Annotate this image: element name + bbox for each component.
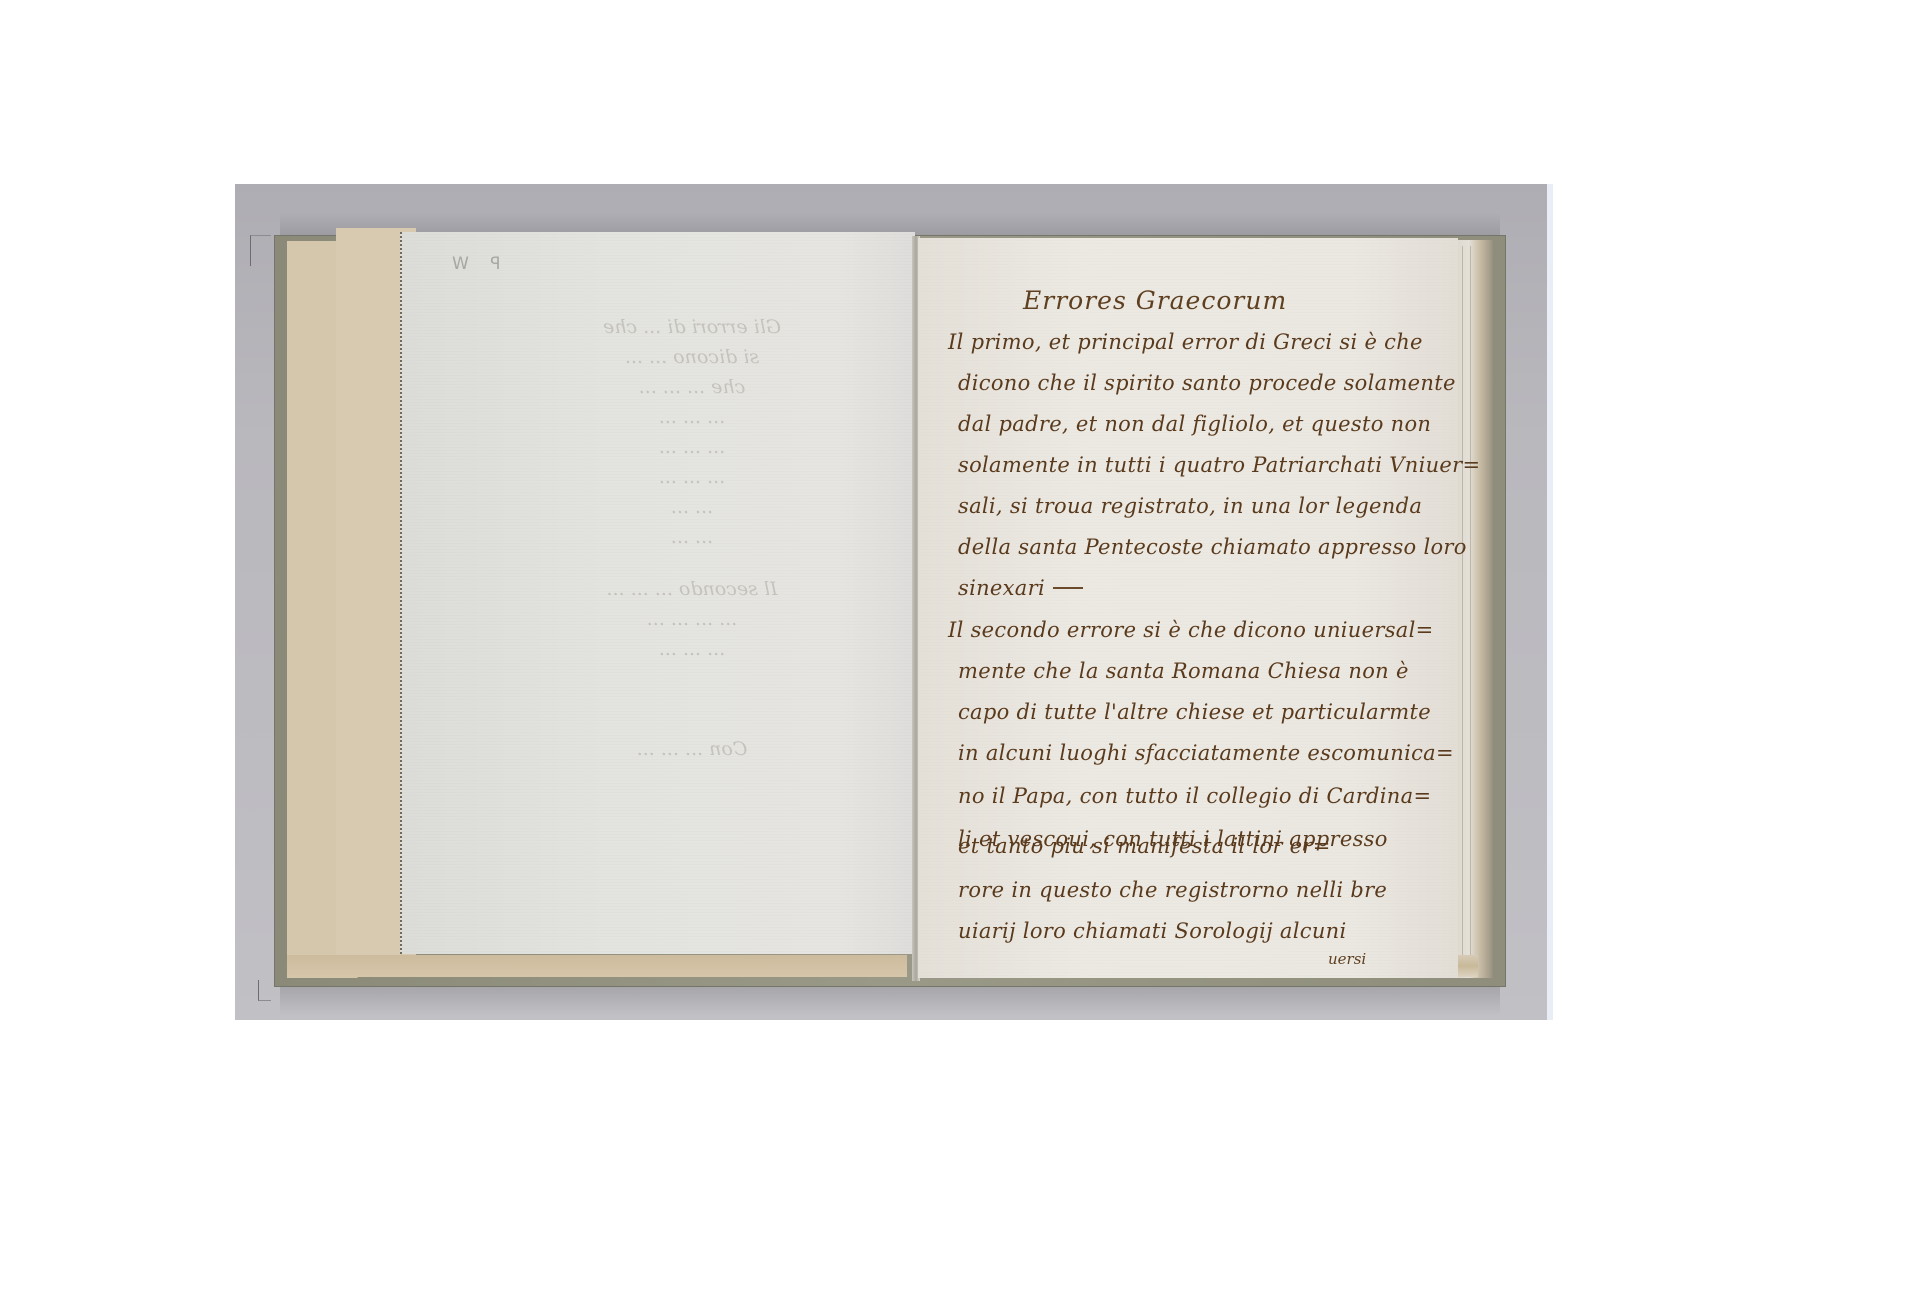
manuscript-line: et tanto piu si manifesta il lor er= bbox=[958, 834, 1331, 858]
backdrop-edge bbox=[1547, 184, 1553, 1020]
manuscript-line: sinexari bbox=[958, 576, 1083, 600]
endsheet-bottom-edge bbox=[287, 955, 907, 977]
catchword: uersi bbox=[1328, 950, 1366, 968]
bleed-line: ... ... ... bbox=[482, 432, 902, 462]
left-page: P W Gli errori di ... che si dicono ... … bbox=[400, 232, 915, 954]
right-page: Errores Graecorum Il primo, et principal… bbox=[918, 238, 1458, 978]
flourish-mark bbox=[1053, 587, 1083, 589]
bleed-line: ... ... bbox=[482, 522, 902, 552]
manuscript-text: Errores Graecorum Il primo, et principal… bbox=[918, 238, 1458, 978]
bleed-line: che ... ... ... bbox=[482, 372, 902, 402]
manuscript-line: Il secondo errore si è che dicono uniuer… bbox=[948, 618, 1434, 642]
bleed-line: ... ... ... ... bbox=[482, 604, 902, 634]
pencil-note: P W bbox=[444, 254, 500, 274]
book-shadow-bottom bbox=[280, 985, 1500, 1015]
manuscript-line: in alcuni luoghi sfacciatamente escomuni… bbox=[958, 741, 1454, 765]
manuscript-line: no il Papa, con tutto il collegio di Car… bbox=[958, 784, 1431, 808]
bleed-line: ... ... bbox=[482, 492, 902, 522]
manuscript-line: della santa Pentecoste chiamato appresso… bbox=[958, 535, 1467, 559]
manuscript-line: sali, si troua registrato, in una lor le… bbox=[958, 494, 1422, 518]
manuscript-line: dicono che il spirito santo procede sola… bbox=[958, 371, 1456, 395]
page-edge-line bbox=[1462, 246, 1463, 966]
manuscript-line: Il primo, et principal error di Greci si… bbox=[948, 330, 1423, 354]
manuscript-line: solamente in tutti i quatro Patriarchati… bbox=[958, 453, 1480, 477]
bleed-line: ... ... ... bbox=[482, 462, 902, 492]
bleed-through-text: Gli errori di ... che si dicono ... ... … bbox=[482, 312, 902, 764]
page-edge-line bbox=[1470, 246, 1471, 966]
manuscript-line: mente che la santa Romana Chiesa non è bbox=[958, 659, 1409, 683]
manuscript-line: capo di tutte l'altre chiese et particul… bbox=[958, 700, 1431, 724]
bleed-line: Il secondo ... ... ... bbox=[482, 574, 902, 604]
page-stack-edge bbox=[1455, 240, 1495, 978]
manuscript-line: dal padre, et non dal figliolo, et quest… bbox=[958, 412, 1431, 436]
bleed-line: Con ... ... ... bbox=[482, 734, 902, 764]
bleed-line: Gli errori di ... che bbox=[482, 312, 902, 342]
bleed-line: ... ... ... bbox=[482, 634, 902, 664]
bleed-line: si dicono ... ... bbox=[482, 342, 902, 372]
registration-mark-bottom-left bbox=[258, 980, 271, 1001]
manuscript-word: sinexari bbox=[958, 576, 1045, 600]
manuscript-line: rore in questo che registrorno nelli bre bbox=[958, 878, 1387, 902]
manuscript-title: Errores Graecorum bbox=[1023, 286, 1287, 315]
registration-mark-top-left bbox=[250, 235, 271, 266]
bleed-line: ... ... ... bbox=[482, 402, 902, 432]
manuscript-line: uiarij loro chiamati Sorologij alcuni bbox=[958, 919, 1346, 943]
